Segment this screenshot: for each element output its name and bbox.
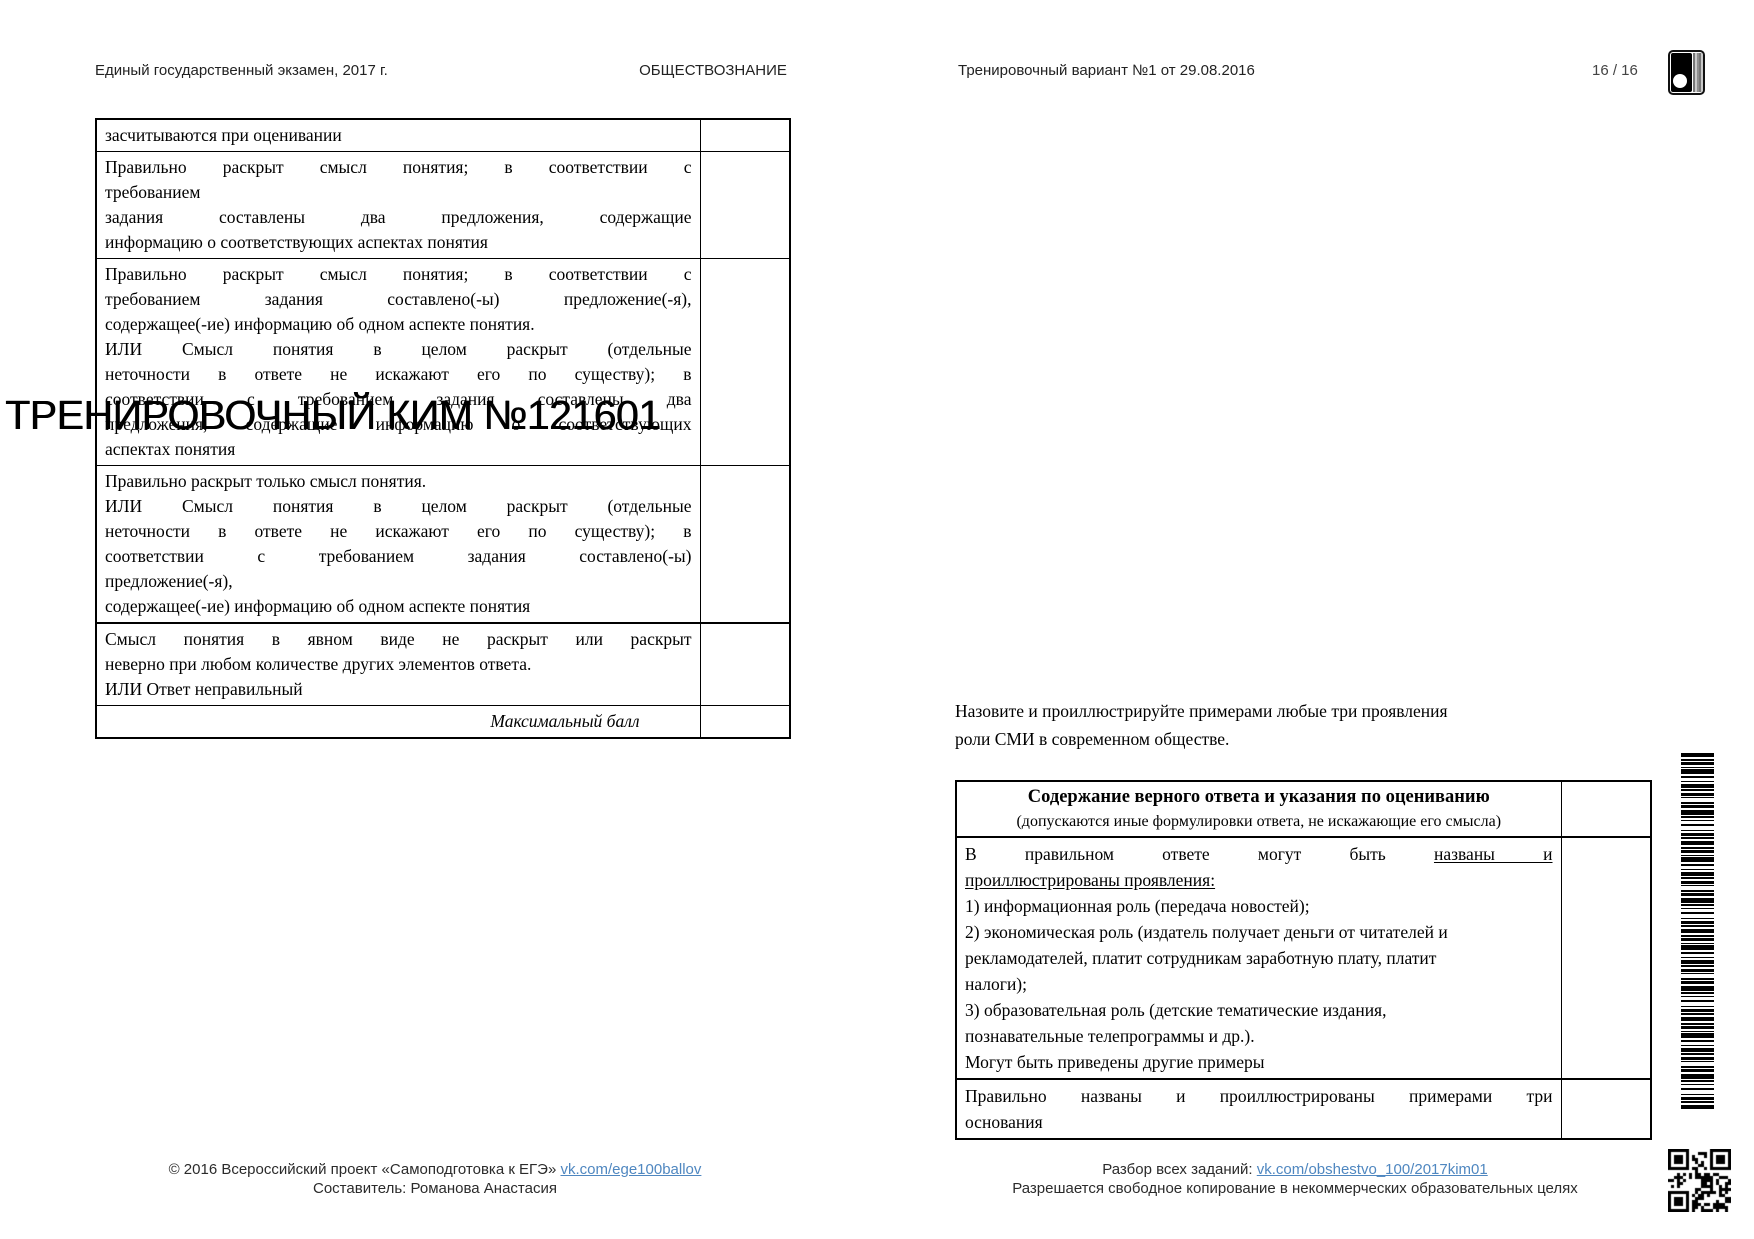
- text-segment: задания составлены два предложения, соде…: [105, 207, 692, 227]
- text-segment: Назовите и проиллюстрируйте примерами лю…: [955, 701, 1448, 721]
- score-cell: [1561, 837, 1651, 1079]
- text-line: роли СМИ в современном обществе.: [955, 725, 1555, 753]
- text-segment: Максимальный балл: [490, 711, 639, 731]
- text-segment: 3) образовательная роль (детские тематич…: [965, 1000, 1386, 1020]
- text-line: засчитываются при оценивании: [105, 123, 692, 148]
- barcode-stripe: [1681, 1105, 1714, 1109]
- table-row: Правильно названы и проиллюстрированы пр…: [956, 1079, 1651, 1139]
- underlined-text: названы и: [1434, 844, 1553, 864]
- table-header-row: Содержание верного ответа и указания по …: [956, 781, 1651, 837]
- text-line: ИЛИ Смысл понятия в целом раскрыт (отдел…: [105, 494, 692, 519]
- text-line: 2) экономическая роль (издатель получает…: [965, 919, 1553, 945]
- text-line: неточности в ответе не искажают его по с…: [105, 362, 692, 387]
- text-segment: познавательные телепрограммы и др.).: [965, 1026, 1255, 1046]
- text-segment: засчитываются при оценивании: [105, 125, 342, 145]
- text-line: проиллюстрированы проявления:: [965, 867, 1553, 893]
- answer-table-title: Содержание верного ответа и указания по …: [965, 785, 1553, 810]
- criteria-cell: засчитываются при оценивании: [96, 119, 700, 152]
- text-segment: Правильно раскрыт только смысл понятия.: [105, 471, 426, 491]
- text-line: требованием: [105, 180, 692, 205]
- text-segment: ИЛИ Ответ неправильный: [105, 679, 303, 699]
- text-segment: Могут быть приведены другие примеры: [965, 1052, 1265, 1072]
- answer-table-right: Содержание верного ответа и указания по …: [955, 780, 1652, 1140]
- text-line: рекламодателей, платит сотрудникам зараб…: [965, 945, 1553, 971]
- text-line: Назовите и проиллюстрируйте примерами лю…: [955, 697, 1555, 725]
- footer-right-license: Разрешается свободное копирование в неко…: [985, 1179, 1605, 1198]
- ege100ballov-logo-icon: [1668, 50, 1705, 95]
- footer-left: © 2016 Всероссийский проект «Самоподгото…: [140, 1160, 730, 1198]
- text-line: познавательные телепрограммы и др.).: [965, 1023, 1553, 1049]
- score-cell: [700, 152, 790, 259]
- text-line: 3) образовательная роль (детские тематич…: [965, 997, 1553, 1023]
- text-segment: рекламодателей, платит сотрудникам зараб…: [965, 948, 1436, 968]
- text-segment: предложение(-я),: [105, 571, 233, 591]
- text-line: 1) информационная роль (передача новосте…: [965, 893, 1553, 919]
- score-header-cell: [1561, 781, 1651, 837]
- variant-title: Тренировочный вариант №1 от 29.08.2016: [958, 62, 1255, 79]
- text-line: информацию о соответствующих аспектах по…: [105, 230, 692, 255]
- text-segment: аспектах понятия: [105, 439, 235, 459]
- answer-table-header-cell: Содержание верного ответа и указания по …: [956, 781, 1561, 837]
- table-row: В правильном ответе могут быть названы и…: [956, 837, 1651, 1079]
- text-segment: Смысл понятия в явном виде не раскрыт ил…: [105, 629, 692, 649]
- document-page: Единый государственный экзамен, 2017 г. …: [0, 0, 1754, 1239]
- exam-title: Единый государственный экзамен, 2017 г.: [95, 62, 388, 79]
- text-segment: неточности в ответе не искажают его по с…: [105, 364, 692, 384]
- text-segment: 1) информационная роль (передача новосте…: [965, 896, 1310, 916]
- text-segment: соответствии с требованием задания соста…: [105, 546, 692, 566]
- criteria-cell: Смысл понятия в явном виде не раскрыт ил…: [96, 623, 700, 706]
- score-cell: [1561, 1079, 1651, 1139]
- text-segment: 2) экономическая роль (издатель получает…: [965, 922, 1448, 942]
- text-segment: ИЛИ Смысл понятия в целом раскрыт (отдел…: [105, 339, 692, 359]
- criteria-cell: Правильно названы и проиллюстрированы пр…: [956, 1079, 1561, 1139]
- text-line: основания: [965, 1109, 1553, 1135]
- footer-left-author: Составитель: Романова Анастасия: [140, 1179, 730, 1198]
- text-line: Правильно названы и проиллюстрированы пр…: [965, 1083, 1553, 1109]
- text-segment: неверно при любом количестве других элем…: [105, 654, 531, 674]
- text-segment: неточности в ответе не искажают его по с…: [105, 521, 692, 541]
- barcode: [1681, 753, 1714, 1108]
- text-segment: роли СМИ в современном обществе.: [955, 729, 1229, 749]
- criteria-cell: Максимальный балл: [96, 706, 700, 739]
- text-segment: требованием задания составлено(-ы) предл…: [105, 289, 692, 309]
- criteria-cell: В правильном ответе могут быть названы и…: [956, 837, 1561, 1079]
- footer-left-link[interactable]: vk.com/ege100ballov: [560, 1161, 701, 1178]
- footer-right: Разбор всех заданий: vk.com/obshestvo_10…: [985, 1160, 1605, 1198]
- text-line: требованием задания составлено(-ы) предл…: [105, 287, 692, 312]
- qr-code: [1668, 1149, 1731, 1212]
- text-segment: содержащее(-ие) информацию об одном аспе…: [105, 314, 535, 334]
- text-segment: содержащее(-ие) информацию об одном аспе…: [105, 596, 530, 616]
- logo-circle: [1673, 74, 1687, 88]
- text-line: неточности в ответе не искажают его по с…: [105, 519, 692, 544]
- text-line: задания составлены два предложения, соде…: [105, 205, 692, 230]
- text-line: содержащее(-ие) информацию об одном аспе…: [105, 594, 692, 619]
- table-row: Максимальный балл: [96, 706, 790, 739]
- table-row: Смысл понятия в явном виде не раскрыт ил…: [96, 623, 790, 706]
- text-segment: Правильно раскрыт смысл понятия; в соотв…: [105, 264, 692, 284]
- text-line: Правильно раскрыт только смысл понятия.: [105, 469, 692, 494]
- text-line: ИЛИ Ответ неправильный: [105, 677, 692, 702]
- score-cell: [700, 466, 790, 624]
- text-segment: Правильно названы и проиллюстрированы пр…: [965, 1086, 1553, 1106]
- text-line: Максимальный балл: [105, 709, 692, 734]
- text-line: налоги);: [965, 971, 1553, 997]
- page-number: 16 / 16: [1592, 62, 1638, 79]
- text-line: Правильно раскрыт смысл понятия; в соотв…: [105, 262, 692, 287]
- table-row: Правильно раскрыт смысл понятия; в соотв…: [96, 152, 790, 259]
- footer-left-line1: © 2016 Всероссийский проект «Самоподгото…: [140, 1160, 730, 1179]
- footer-left-copyright: © 2016 Всероссийский проект «Самоподгото…: [169, 1161, 561, 1178]
- underlined-text: проиллюстрированы проявления:: [965, 870, 1215, 890]
- text-line: В правильном ответе могут быть названы и: [965, 841, 1553, 867]
- text-segment: информацию о соответствующих аспектах по…: [105, 232, 488, 252]
- criteria-cell: Правильно раскрыт только смысл понятия.И…: [96, 466, 700, 624]
- subject-title: ОБЩЕСТВОЗНАНИЕ: [628, 62, 798, 79]
- text-segment: В правильном ответе могут быть: [965, 844, 1434, 864]
- answer-table-note: (допускаются иные формулировки ответа, н…: [965, 810, 1553, 833]
- text-segment: налоги);: [965, 974, 1027, 994]
- watermark-text: ТРЕНИРОВОЧНЫЙ КИМ №121601: [5, 392, 660, 439]
- text-line: Смысл понятия в явном виде не раскрыт ил…: [105, 627, 692, 652]
- score-cell: [700, 119, 790, 152]
- text-segment: основания: [965, 1112, 1043, 1132]
- text-line: неверно при любом количестве других элем…: [105, 652, 692, 677]
- table-row: засчитываются при оценивании: [96, 119, 790, 152]
- question-text: Назовите и проиллюстрируйте примерами лю…: [955, 697, 1555, 753]
- text-line: ИЛИ Смысл понятия в целом раскрыт (отдел…: [105, 337, 692, 362]
- criteria-cell: Правильно раскрыт смысл понятия; в соотв…: [96, 152, 700, 259]
- score-cell: [700, 259, 790, 466]
- text-line: аспектах понятия: [105, 437, 692, 462]
- footer-right-line1: Разбор всех заданий: vk.com/obshestvo_10…: [985, 1160, 1605, 1179]
- text-segment: ИЛИ Смысл понятия в целом раскрыт (отдел…: [105, 496, 692, 516]
- text-line: Правильно раскрыт смысл понятия; в соотв…: [105, 155, 692, 180]
- text-line: Могут быть приведены другие примеры: [965, 1049, 1553, 1075]
- logo-stripes: [1693, 53, 1703, 92]
- footer-right-label: Разбор всех заданий:: [1102, 1161, 1257, 1178]
- text-segment: требованием: [105, 182, 200, 202]
- score-cell: [700, 623, 790, 706]
- footer-right-link[interactable]: vk.com/obshestvo_100/2017kim01: [1257, 1161, 1488, 1178]
- text-line: содержащее(-ие) информацию об одном аспе…: [105, 312, 692, 337]
- text-segment: Правильно раскрыт смысл понятия; в соотв…: [105, 157, 692, 177]
- table-row: Правильно раскрыт только смысл понятия.И…: [96, 466, 790, 624]
- text-line: предложение(-я),: [105, 569, 692, 594]
- score-cell: [700, 706, 790, 739]
- text-line: соответствии с требованием задания соста…: [105, 544, 692, 569]
